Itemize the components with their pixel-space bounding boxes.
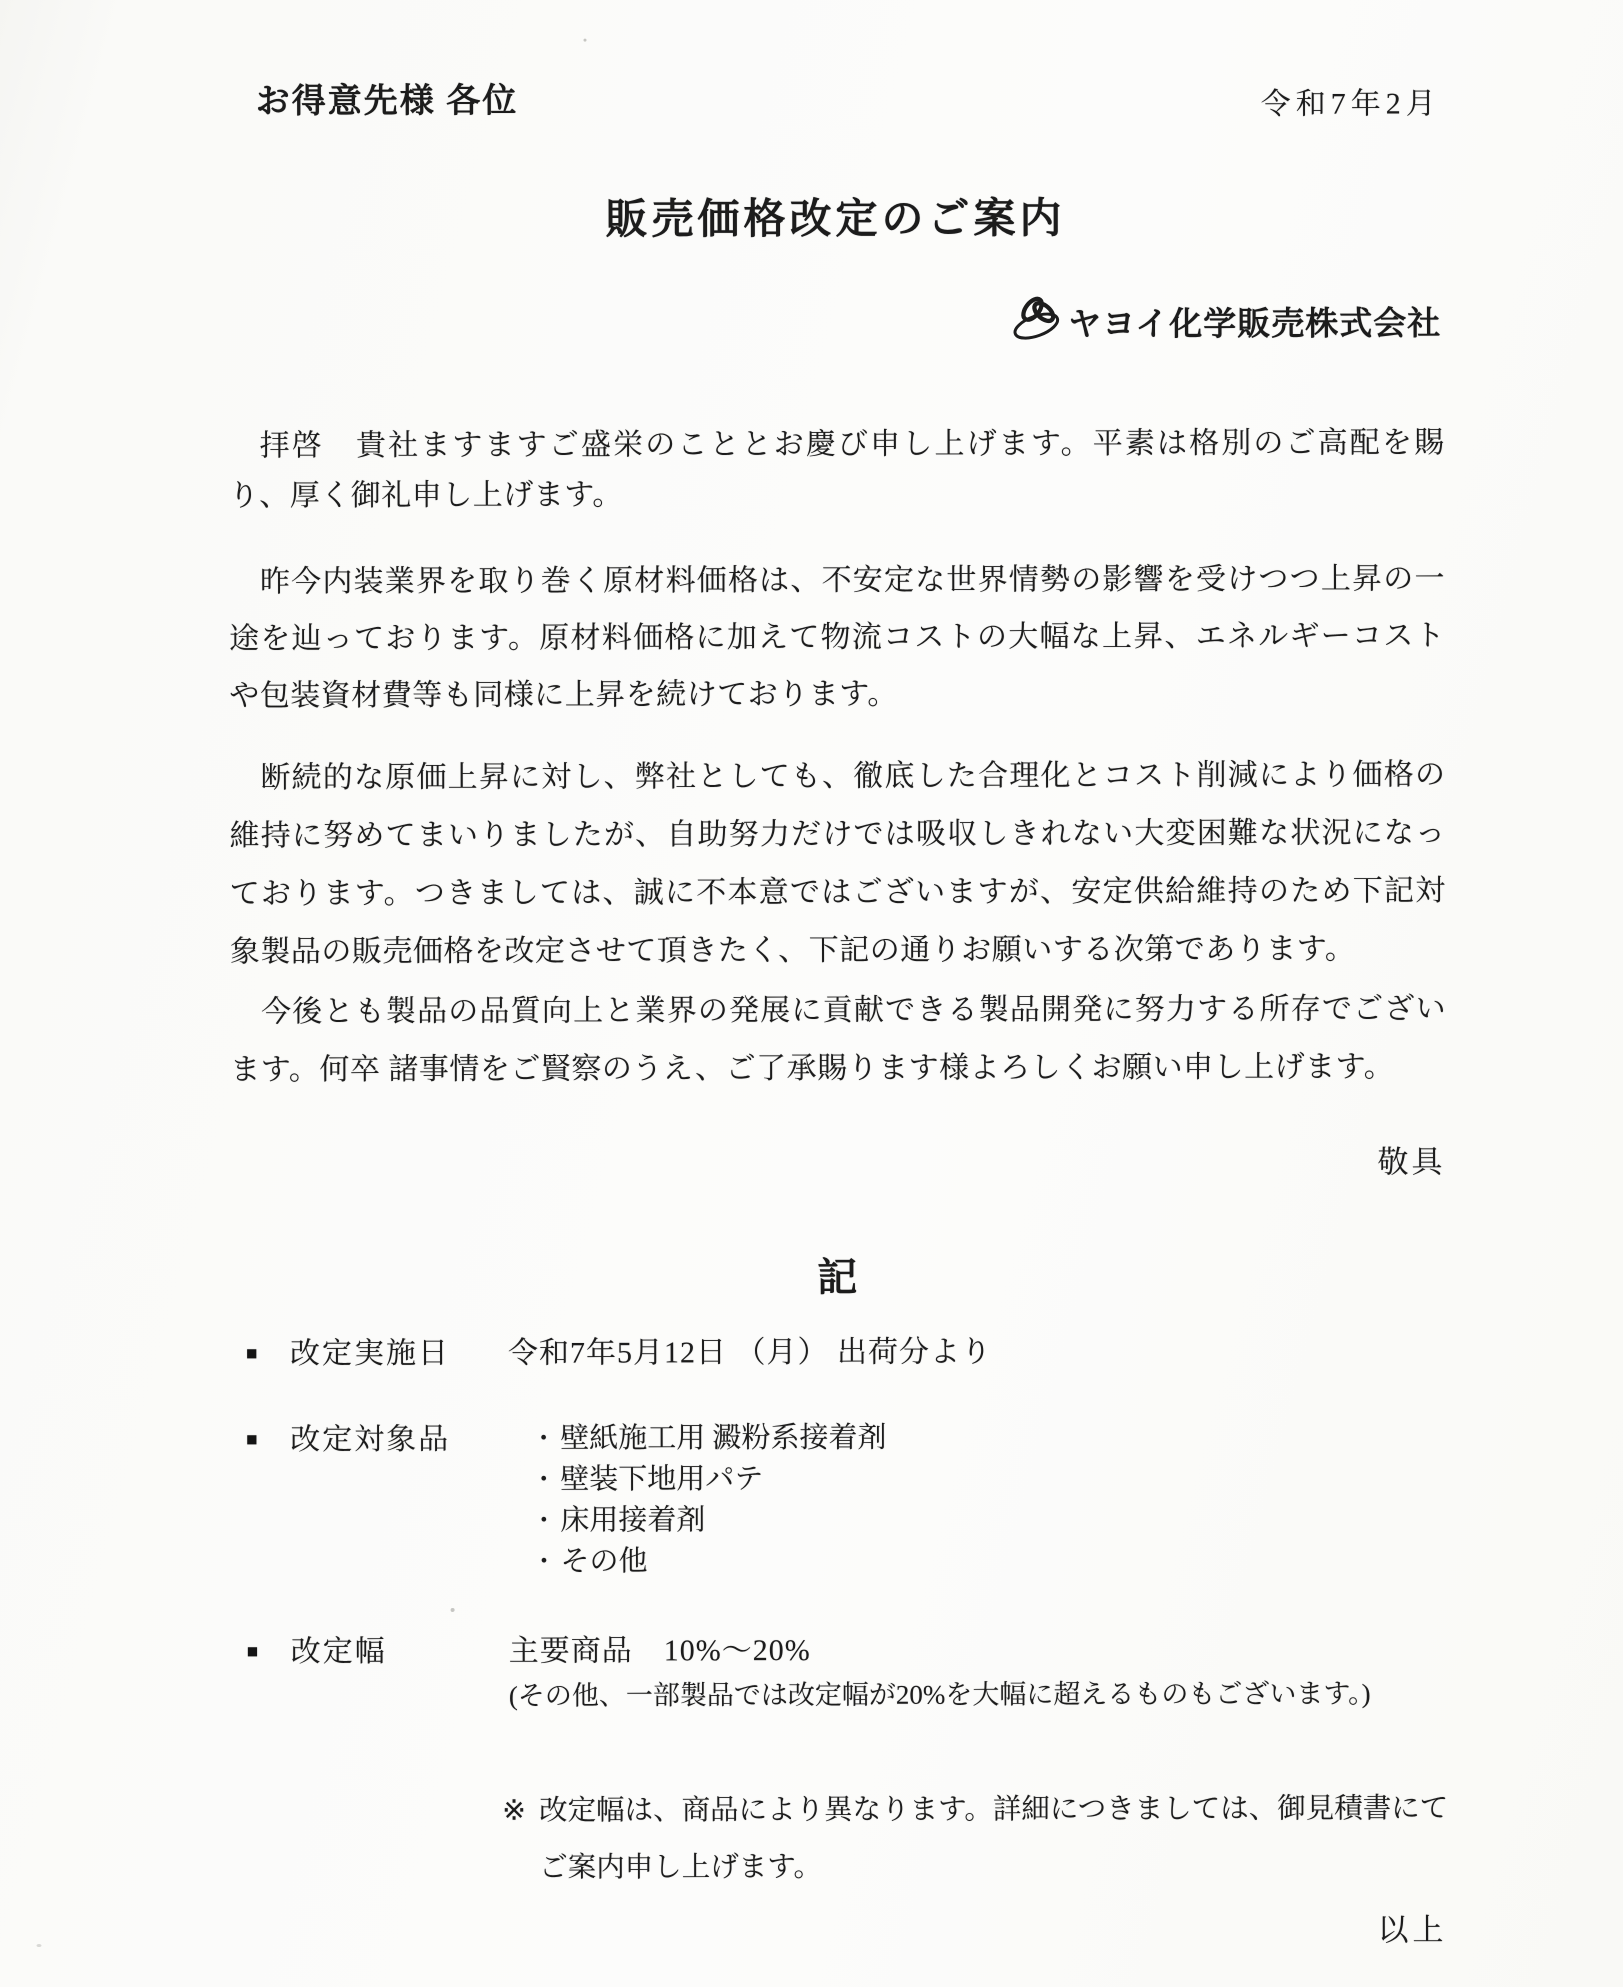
product-item: ・ その他 [531, 1541, 886, 1583]
remark-note: ※改定幅は、商品により異なります。詳細につきましては、御見積書にて ご案内申し上… [502, 1780, 1462, 1897]
paragraph-greeting: 拝啓 貴社ますますご盛栄のこととお慶び申し上げます。平素は格別のご高配を賜り、厚… [229, 418, 1445, 521]
product-list: ・ 壁紙施工用 澱粉系接着剤 ・ 壁装下地用パテ ・ 床用接着剤 ・ その他 [508, 1418, 887, 1583]
remark-line1: 改定幅は、商品により異なります。詳細につきましては、御見積書にて [539, 1793, 1448, 1826]
company-signature: ヤヨイ化学販売株式会社 [228, 292, 1441, 351]
product-item: ・ 壁紙施工用 澱粉系接着剤 [531, 1418, 886, 1460]
revision-range-note: (その他、一部製品では改定幅が20%を大幅に超えるものもございます。) [509, 1674, 1371, 1717]
remark-line2: ご案内申し上げます。 [502, 1837, 1462, 1897]
square-bullet-icon: ■ [247, 1631, 291, 1672]
product-name: 壁装下地用パテ [560, 1459, 763, 1501]
issue-date: 令和7年2月 [228, 78, 1471, 125]
revision-range-value: 主要商品 10%～20% [509, 1629, 1371, 1672]
dot-bullet-icon: ・ [531, 1542, 560, 1583]
letter-page: お得意先様 各位 令和7年2月 販売価格改定のご案内 ヤヨイ化学販売株式会社 拝… [0, 0, 1623, 1987]
notice-row-revision-range: ■ 改定幅 主要商品 10%～20% (その他、一部製品では改定幅が20%を大幅… [247, 1628, 1497, 1717]
dot-bullet-icon: ・ [531, 1501, 560, 1542]
scan-speck [36, 1944, 41, 1947]
product-item: ・ 床用接着剤 [531, 1500, 886, 1542]
dot-bullet-icon: ・ [531, 1460, 560, 1501]
paragraph-cost-background: 昨今内装業界を取り巻く原材料価格は、不安定な世界情勢の影響を受けつつ上昇の一途を… [229, 550, 1445, 724]
product-name: 床用接着剤 [560, 1500, 705, 1541]
record-heading: 記 [231, 1244, 1446, 1304]
dot-bullet-icon: ・ [531, 1419, 560, 1460]
letter-title: 販売価格改定のご案内 [228, 184, 1443, 247]
square-bullet-icon: ■ [246, 1333, 290, 1374]
revision-range-value-block: 主要商品 10%～20% (その他、一部製品では改定幅が20%を大幅に超えるもの… [509, 1629, 1371, 1717]
company-name: ヤヨイ化学販売株式会社 [1068, 297, 1441, 345]
scanned-sheet: お得意先様 各位 令和7年2月 販売価格改定のご案内 ヤヨイ化学販売株式会社 拝… [0, 0, 1623, 1987]
notice-row-target-products: ■ 改定対象品 ・ 壁紙施工用 澱粉系接着剤 ・ 壁装下地用パテ ・ 床用接着剤… [246, 1416, 1496, 1583]
square-bullet-icon: ■ [246, 1419, 290, 1460]
paragraph-revision-request: 断続的な原価上昇に対し、弊社としても、徹底した合理化とコスト削減により価格の維持… [229, 746, 1446, 981]
end-marker: 以上 [232, 1904, 1479, 1952]
closing-salutation: 敬具 [230, 1136, 1469, 1184]
notice-row-effective-date: ■ 改定実施日 令和7年5月12日 （月） 出荷分より [246, 1330, 1496, 1374]
yayoi-sprout-logo-icon [1009, 293, 1065, 349]
product-item: ・ 壁装下地用パテ [531, 1459, 886, 1501]
scan-speck [451, 1608, 455, 1612]
effective-date-label: 改定実施日 [290, 1333, 508, 1375]
target-products-label: 改定対象品 [290, 1419, 508, 1461]
product-name: その他 [560, 1541, 647, 1582]
paragraph-closing-remarks: 今後とも製品の品質向上と業界の発展に貢献できる製品開発に努力する所存でございます… [230, 980, 1446, 1099]
effective-date-value: 令和7年5月12日 （月） 出荷分より [508, 1332, 992, 1374]
product-name: 壁紙施工用 澱粉系接着剤 [560, 1418, 886, 1460]
revision-range-label: 改定幅 [291, 1631, 509, 1673]
reference-mark-icon: ※ [502, 1783, 539, 1840]
scan-speck [583, 39, 586, 42]
